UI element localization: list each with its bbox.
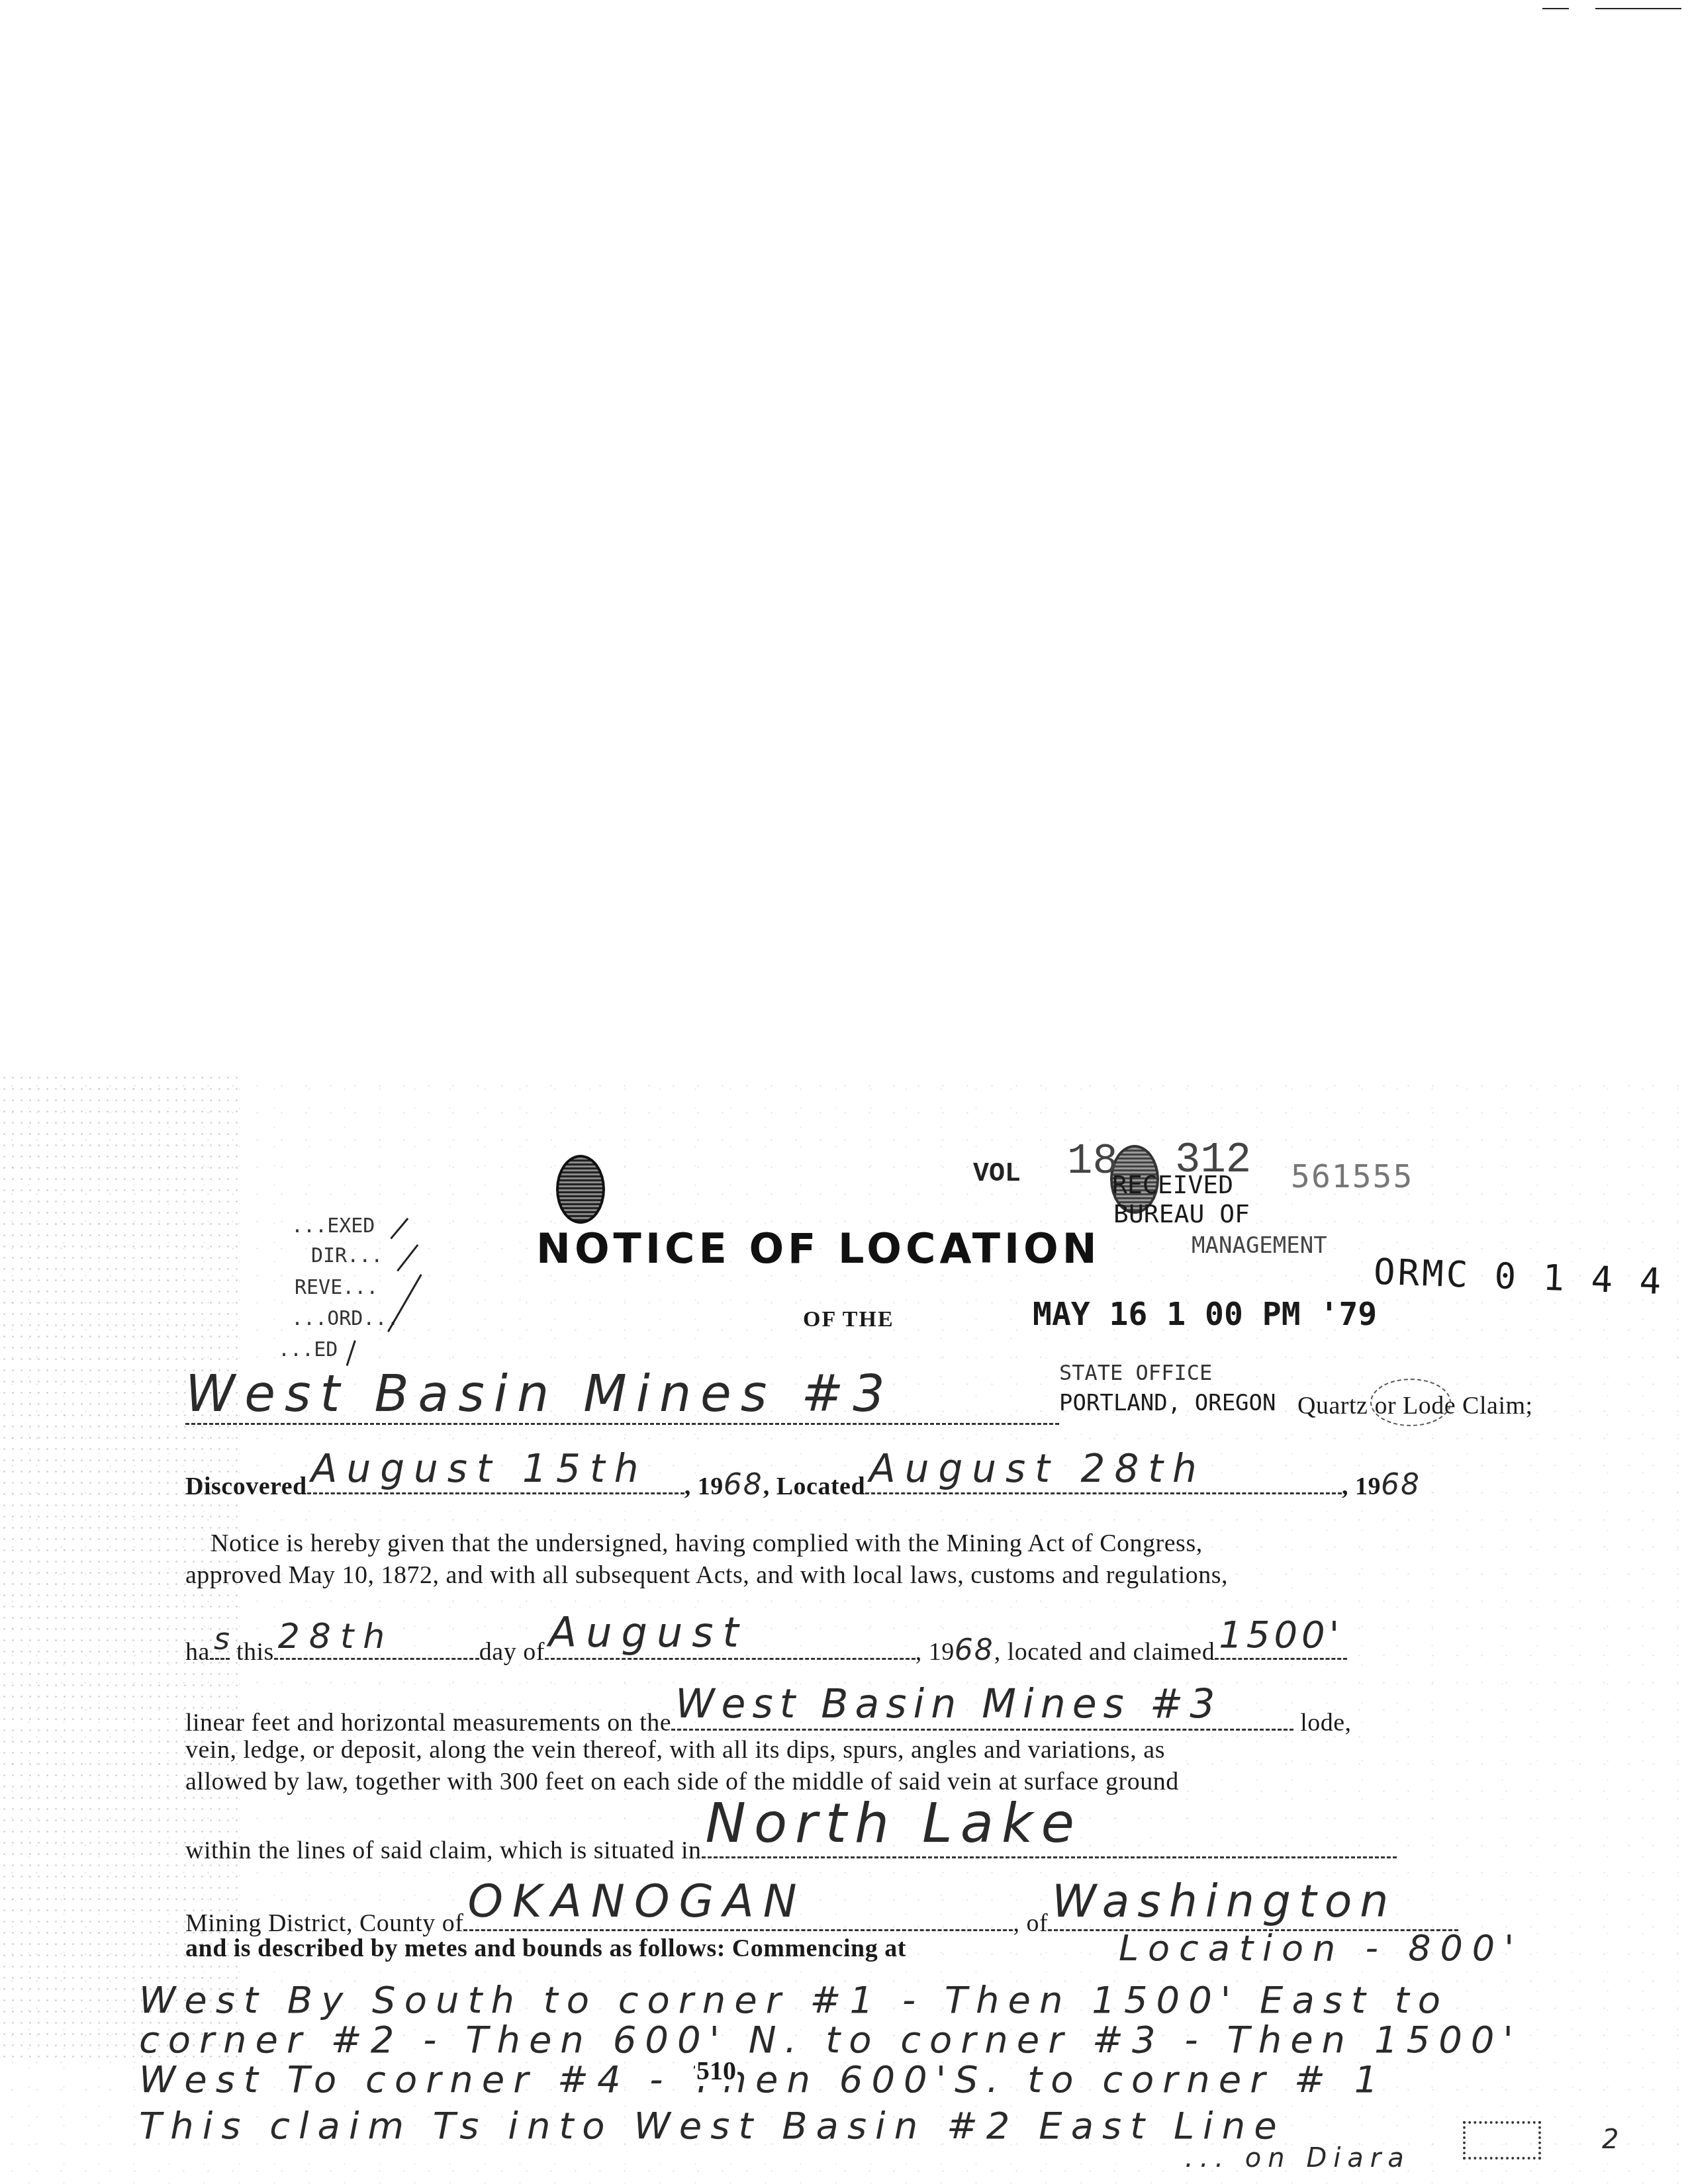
- scan-artifact-line: [1595, 8, 1681, 9]
- description-line-4: This claim Ts into West Basin #2 East Li…: [139, 2105, 1286, 2148]
- year-prefix: , 19: [1342, 1473, 1381, 1500]
- year-prefix: 19: [698, 1473, 724, 1500]
- vein-line: vein, ledge, or deposit, along the vein …: [185, 1735, 1165, 1764]
- has-prefix: ha: [185, 1638, 210, 1666]
- discovered-date-value: August 15th: [311, 1446, 648, 1491]
- located-date-field: August 28th: [865, 1466, 1342, 1494]
- located-label: , Located: [763, 1473, 865, 1500]
- discovered-line: DiscoveredAugust 15th, 1968, LocatedAugu…: [185, 1466, 1421, 1502]
- description-line-2: corner #2 - Then 600' N. to corner #3 - …: [139, 2019, 1522, 2062]
- situated-value: North Lake: [706, 1792, 1082, 1855]
- commencing-at-value: Location - 800': [1119, 1927, 1523, 1969]
- state-value: Washington: [1052, 1876, 1396, 1928]
- month-field: August: [545, 1631, 915, 1660]
- received-stamp-line2: BUREAU OF: [1113, 1199, 1250, 1228]
- received-stamp-line1: RECEIVED: [1112, 1170, 1233, 1199]
- side-stamp-line: ...ORD...: [291, 1307, 399, 1330]
- check-mark: [390, 1218, 408, 1240]
- received-date-stamp: MAY 16 1 00 PM '79: [1033, 1296, 1377, 1333]
- document-number: 561555: [1291, 1158, 1413, 1195]
- vol-number: 18: [1067, 1138, 1118, 1186]
- has-suffix-field: s: [210, 1634, 230, 1660]
- of-the-label: OF THE: [803, 1307, 894, 1332]
- located-date-value: August 28th: [869, 1446, 1206, 1491]
- metes-label: and is described by metes and bounds as …: [185, 1934, 906, 1963]
- check-mark: [387, 1274, 422, 1332]
- description-line-3: West To corner #4 - Then 600'S. to corne…: [139, 2058, 1386, 2101]
- side-stamp-line: ...EXED: [291, 1214, 375, 1238]
- mining-district-label: Mining District, County of: [185, 1909, 463, 1937]
- situated-line: within the lines of said claim, which is…: [185, 1830, 1397, 1865]
- lode-label: lode,: [1300, 1709, 1351, 1737]
- notice-line-2: approved May 10, 1872, and with all subs…: [185, 1561, 1228, 1590]
- linear-feet-line: linear feet and horizontal measurements …: [185, 1702, 1352, 1737]
- claim-name-value: West Basin Mines #3: [185, 1364, 894, 1423]
- feet-value: 1500': [1219, 1614, 1343, 1657]
- lode-name-value: West Basin Mines #3: [675, 1681, 1221, 1727]
- box-mark: [1463, 2121, 1541, 2160]
- discovered-label: Discovered: [185, 1473, 307, 1500]
- trailing-scrawl: ... on Diara: [1185, 2143, 1411, 2173]
- seal-icon: [556, 1155, 605, 1224]
- day-value: 28th: [278, 1617, 395, 1657]
- lode-circle-mark: [1370, 1379, 1451, 1426]
- page-title: NOTICE OF LOCATION: [536, 1224, 1101, 1273]
- received-stamp-line3: MANAGEMENT: [1192, 1232, 1327, 1259]
- claim-name-field: West Basin Mines #3: [185, 1377, 1059, 1425]
- feet-field: 1500': [1215, 1631, 1347, 1660]
- has-suffix-value: s: [214, 1621, 230, 1657]
- year-value: 68: [955, 1633, 994, 1667]
- this-label: this: [236, 1638, 274, 1666]
- situated-field: North Lake: [702, 1830, 1397, 1858]
- has-located-line: has this28thday ofAugust, 1968, located …: [185, 1631, 1347, 1667]
- lode-name-field: West Basin Mines #3: [671, 1702, 1293, 1731]
- linear-feet-label: linear feet and horizontal measurements …: [185, 1709, 671, 1737]
- check-mark: [346, 1340, 356, 1366]
- discovered-year-value: 68: [724, 1468, 763, 1502]
- state-office-stamp-line1: STATE OFFICE: [1059, 1360, 1212, 1385]
- located-claimed-label: , located and claimed: [994, 1638, 1215, 1666]
- vol-label: VOL: [973, 1160, 1021, 1189]
- year-prefix: , 19: [915, 1638, 955, 1666]
- county-value: OKANOGAN: [467, 1876, 806, 1928]
- state-of-label: , of: [1013, 1909, 1048, 1937]
- page-number: 510: [695, 2055, 737, 2086]
- state-office-stamp-line2: PORTLAND, OREGON: [1059, 1390, 1276, 1416]
- side-stamp-line: DIR...: [311, 1244, 383, 1267]
- side-stamp-line: ...ED: [278, 1338, 338, 1361]
- located-year-value: 68: [1381, 1468, 1421, 1502]
- day-of-label: day of: [479, 1638, 545, 1666]
- day-field: 28th: [274, 1631, 479, 1660]
- scan-artifact-line: [1542, 8, 1569, 9]
- serial-number: ORMC 0 1 4 4 9 3: [1373, 1251, 1688, 1306]
- discovered-date-field: August 15th: [307, 1466, 684, 1494]
- check-mark: [397, 1244, 418, 1271]
- within-label: within the lines of said claim, which is…: [185, 1837, 702, 1864]
- county-field: OKANOGAN: [463, 1903, 1013, 1931]
- trailing-mark: 2: [1602, 2124, 1628, 2155]
- month-value: August: [549, 1608, 748, 1657]
- description-line-1: West By South to corner #1 - Then 1500' …: [139, 1979, 1449, 2022]
- side-stamp-line: REVE...: [295, 1276, 378, 1299]
- notice-line-1: Notice is hereby given that the undersig…: [211, 1529, 1203, 1558]
